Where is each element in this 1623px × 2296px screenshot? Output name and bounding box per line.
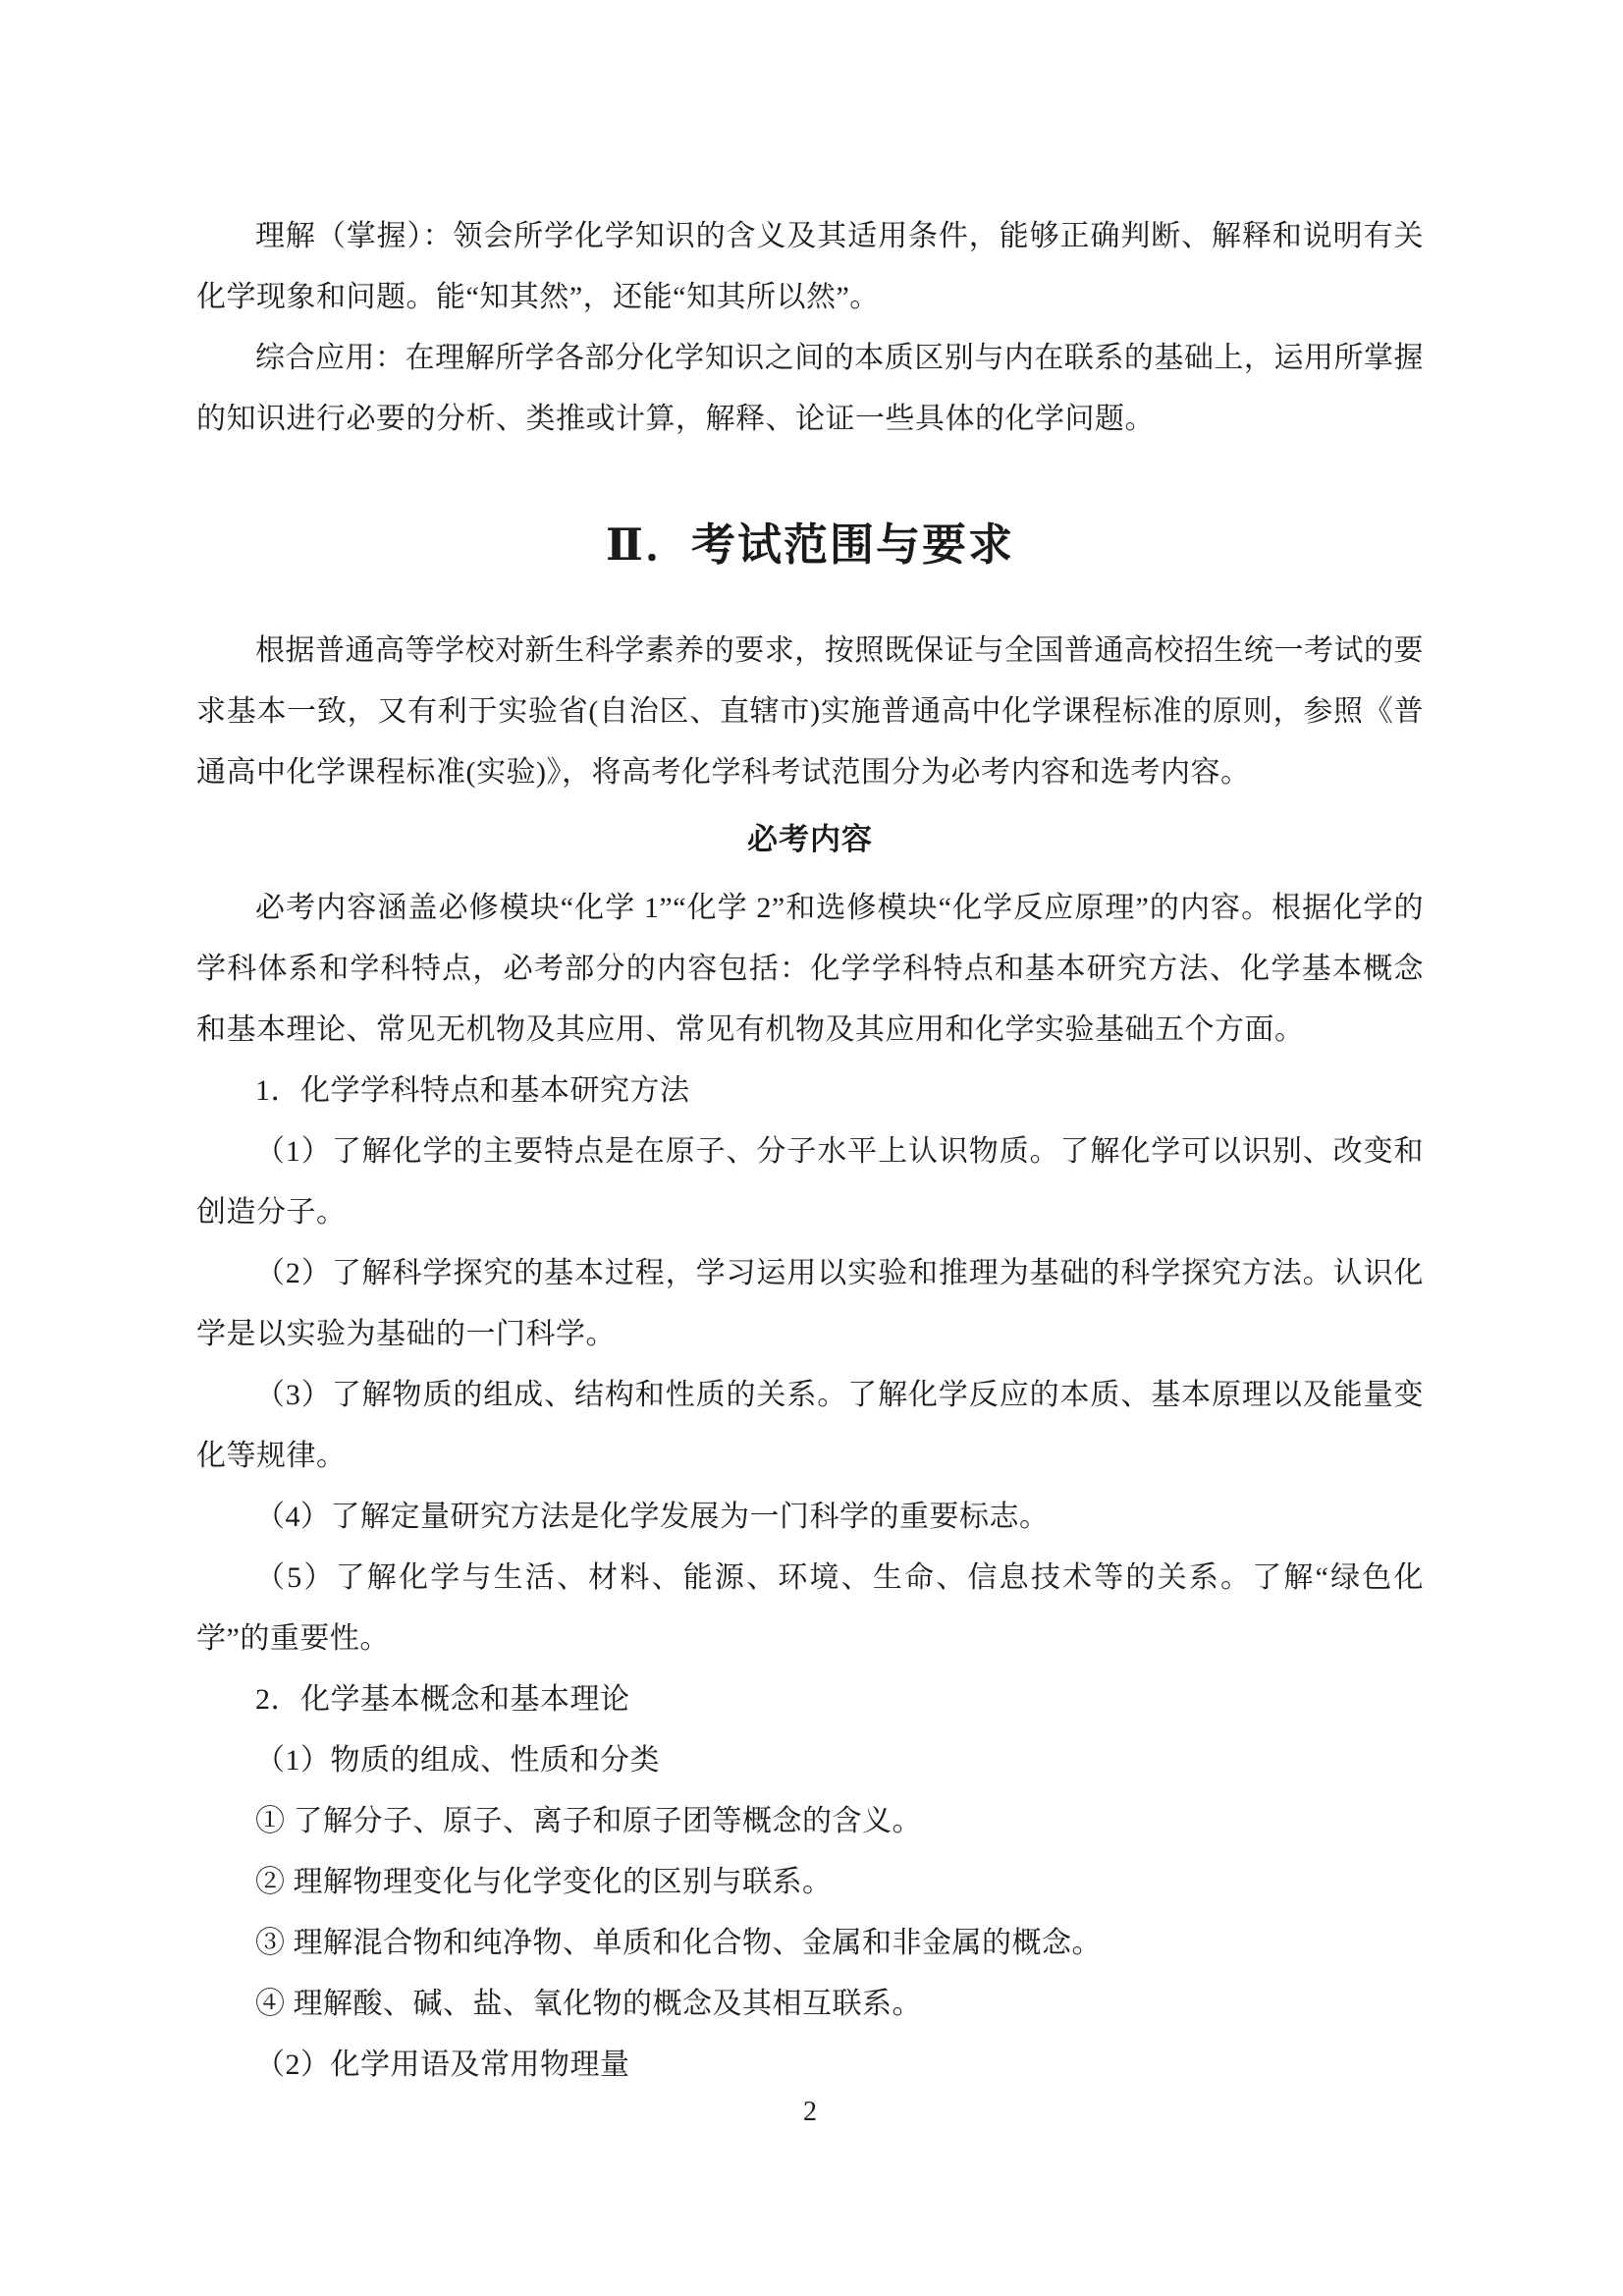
topic2-sub1-item-4: ④ 理解酸、碱、盐、氧化物的概念及其相互联系。 <box>196 1974 1424 2035</box>
topic2-sub1-item-2: ② 理解物理变化与化学变化的区别与联系。 <box>196 1852 1424 1913</box>
topic2-sub1-title: （1）物质的组成、性质和分类 <box>196 1730 1424 1791</box>
paragraph-understand: 理解（掌握）：领会所学化学知识的含义及其适用条件，能够正确判断、解释和说明有关化… <box>196 206 1424 328</box>
topic1-point-4: （4）了解定量研究方法是化学发展为一门科学的重要标志。 <box>196 1487 1424 1548</box>
topic2-sub1-item-3: ③ 理解混合物和纯净物、单质和化合物、金属和非金属的概念。 <box>196 1913 1424 1974</box>
topic1-point-3: （3）了解物质的组成、结构和性质的关系。了解化学反应的本质、基本原理以及能量变化… <box>196 1365 1424 1487</box>
topic1-point-2: （2）了解科学探究的基本过程，学习运用以实验和推理为基础的科学探究方法。认识化学… <box>196 1243 1424 1365</box>
paragraph-comprehensive-apply: 综合应用：在理解所学各部分化学知识之间的本质区别与内在联系的基础上，运用所掌握的… <box>196 328 1424 450</box>
topic1-point-1: （1）了解化学的主要特点是在原子、分子水平上认识物质。了解化学可以识别、改变和创… <box>196 1121 1424 1243</box>
subheading-required-content: 必考内容 <box>196 809 1424 870</box>
section-heading-exam-scope: Ⅱ．考试范围与要求 <box>196 513 1424 577</box>
paragraph-scope-basis: 根据普通高等学校对新生科学素养的要求，按照既保证与全国普通高校招生统一考试的要求… <box>196 621 1424 803</box>
topic2-sub1-item-1: ① 了解分子、原子、离子和原子团等概念的含义。 <box>196 1791 1424 1852</box>
document-page: 理解（掌握）：领会所学化学知识的含义及其适用条件，能够正确判断、解释和说明有关化… <box>0 0 1623 2296</box>
topic1-point-5: （5）了解化学与生活、材料、能源、环境、生命、信息技术等的关系。了解“绿色化学”… <box>196 1548 1424 1669</box>
page-number: 2 <box>196 2098 1424 2127</box>
paragraph-required-overview: 必考内容涵盖必修模块“化学 1”“化学 2”和选修模块“化学反应原理”的内容。根… <box>196 878 1424 1061</box>
topic2-sub2-title: （2）化学用语及常用物理量 <box>196 2035 1424 2096</box>
topic1-title: 1．化学学科特点和基本研究方法 <box>196 1061 1424 1121</box>
topic2-title: 2．化学基本概念和基本理论 <box>196 1669 1424 1730</box>
